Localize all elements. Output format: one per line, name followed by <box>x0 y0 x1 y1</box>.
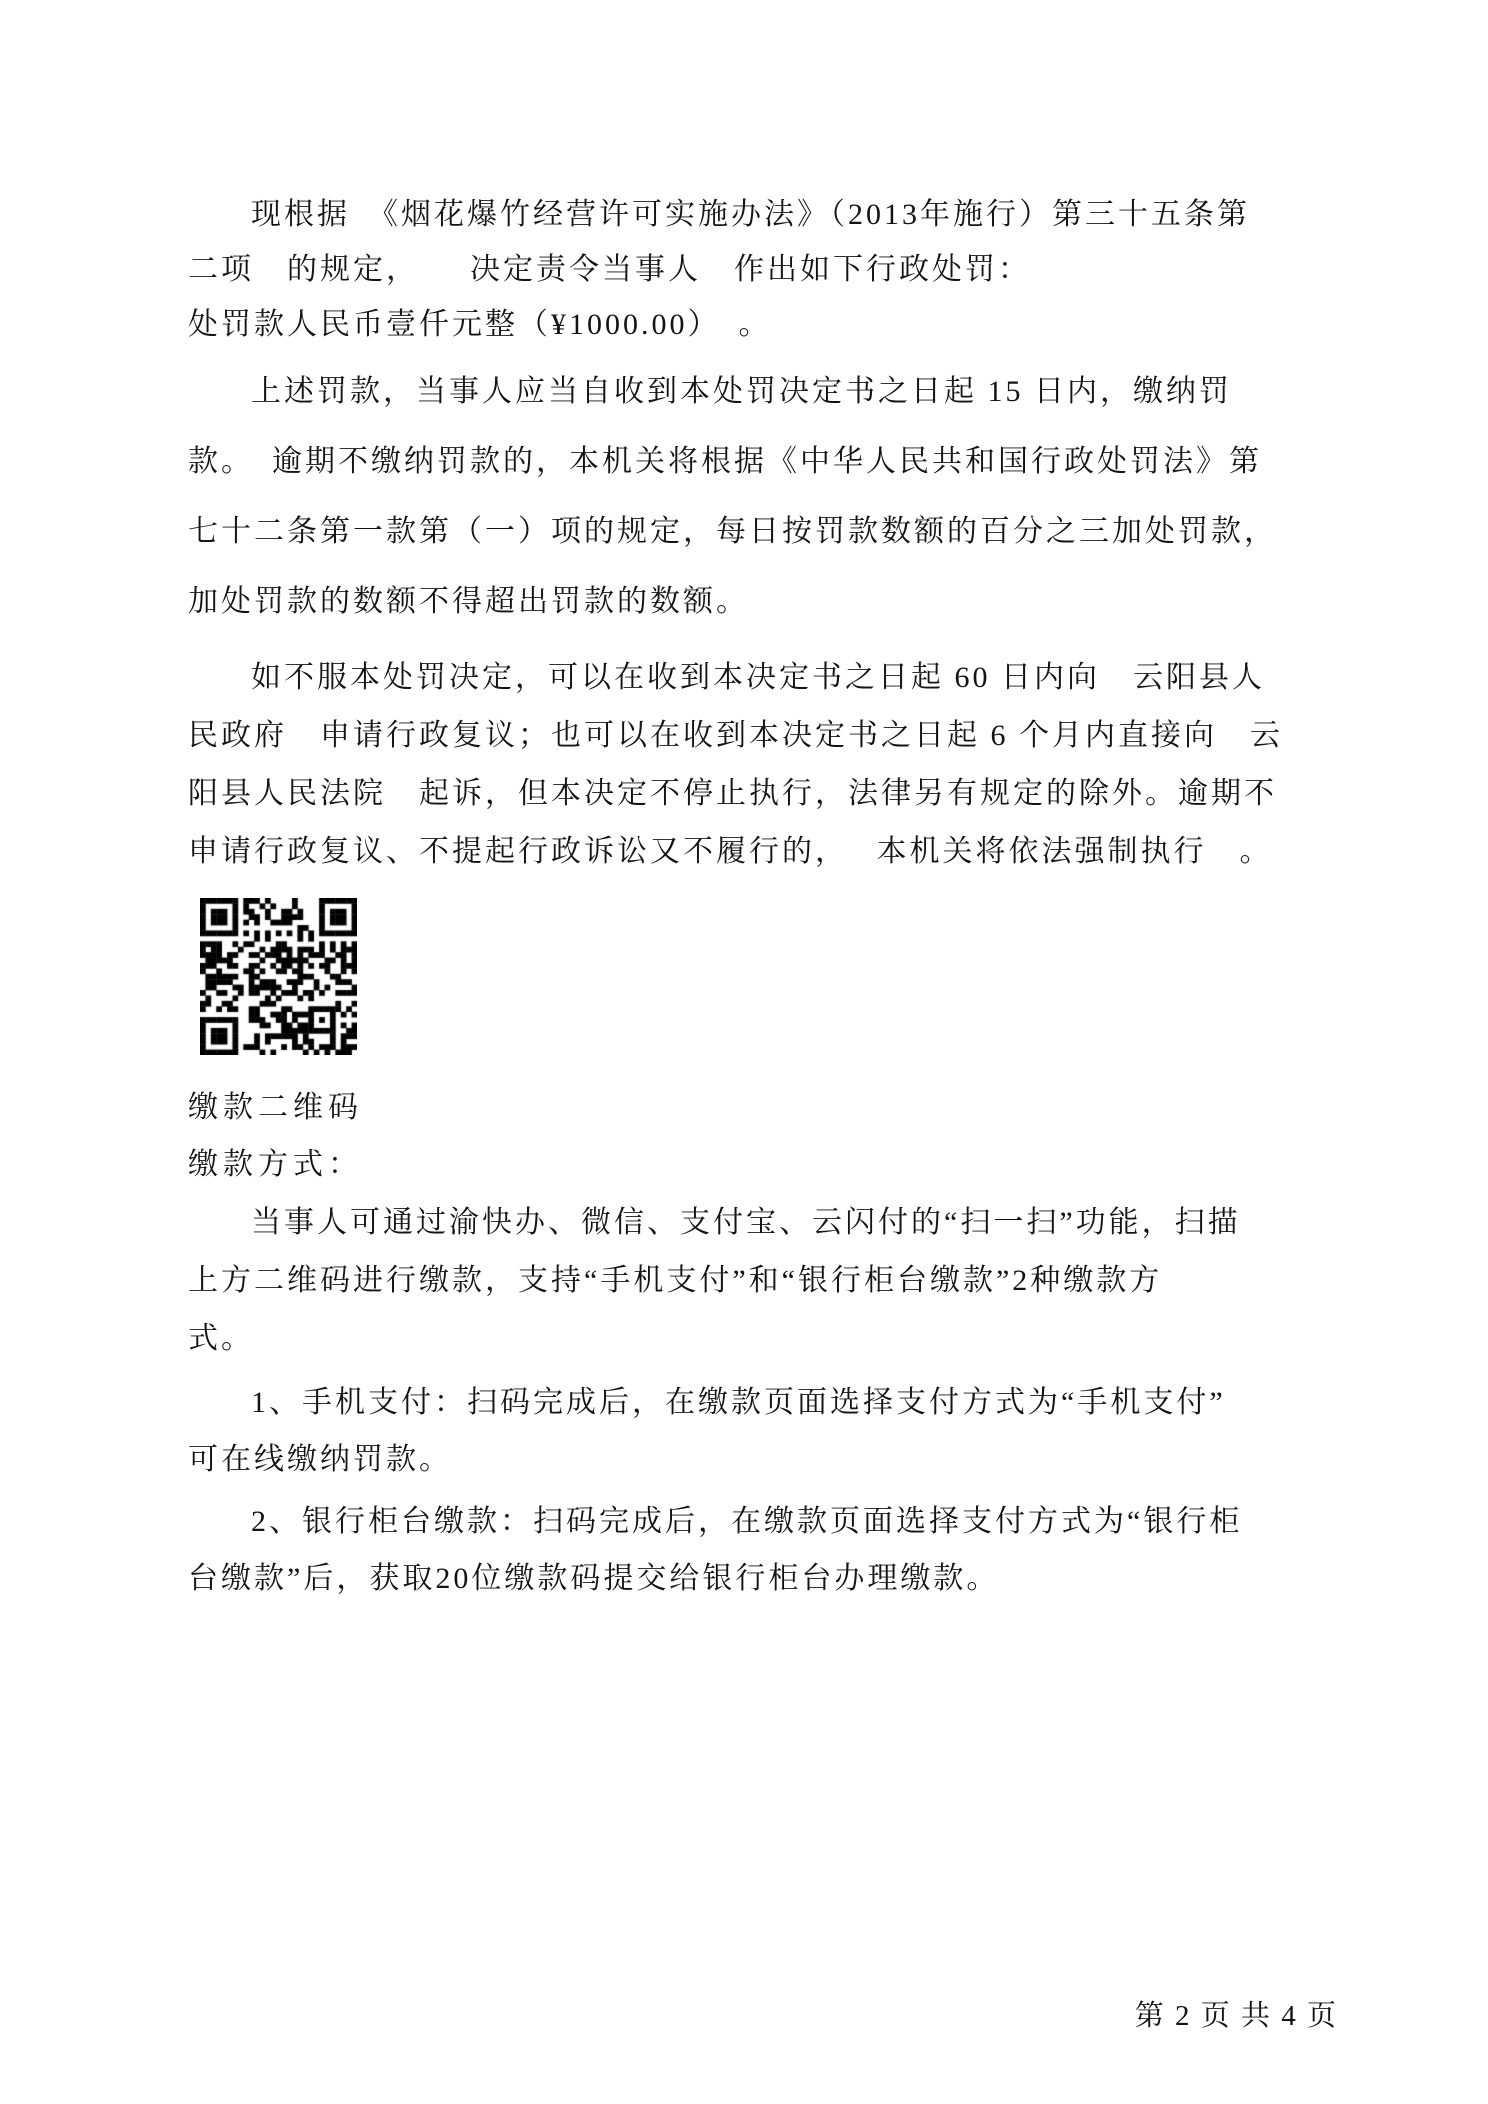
paragraph-payment-intro: 当事人可通过渝快办、微信、支付宝、云闪付的“扫一扫”功能，扫描 上方二维码进行缴… <box>188 1194 1328 1368</box>
payment-qr-code <box>200 898 357 1055</box>
paragraph-legal-basis: 现根据 《烟花爆竹经营许可实施办法》（2013年施行）第三十五条第 二项 的规定… <box>188 187 1328 297</box>
paragraph-penalty-amount: 处罚款人民币壹仟元整（¥1000.00） 。 <box>188 297 1328 352</box>
page-number-footer: 第 2 页 共 4 页 <box>1135 1998 1338 2034</box>
qr-caption: 缴款二维码 <box>188 1087 1328 1129</box>
payment-methods-heading: 缴款方式： <box>188 1144 1328 1186</box>
paragraph-appeal-rights: 如不服本处罚决定，可以在收到本决定书之日起 60 日内向 云阳县人 民政府 申请… <box>188 649 1328 881</box>
paragraph-method-bank-counter: 2、银行柜台缴款：扫码完成后，在缴款页面选择支付方式为“银行柜 台缴款”后，获取… <box>188 1493 1328 1607</box>
paragraph-payment-deadline: 上述罚款，当事人应当自收到本处罚决定书之日起 15 日内，缴纳罚 款。 逾期不缴… <box>188 357 1328 637</box>
paragraph-method-mobile-pay: 1、手机支付：扫码完成后，在缴款页面选择支付方式为“手机支付” 可在线缴纳罚款。 <box>188 1374 1328 1488</box>
penalty-decision-page: 现根据 《烟花爆竹经营许可实施办法》（2013年施行）第三十五条第 二项 的规定… <box>0 0 1488 2104</box>
